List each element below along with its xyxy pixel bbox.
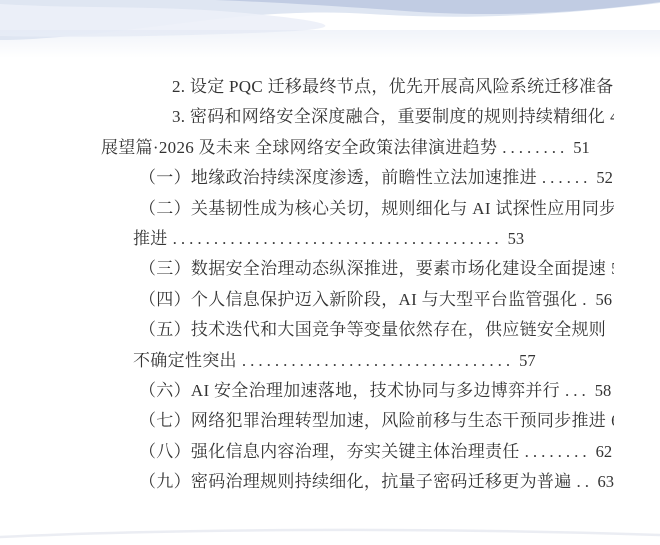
toc-row: （八）强化信息内容治理，夯实关键主体治理责任........62 bbox=[139, 437, 614, 467]
toc-page-number: 56 bbox=[596, 285, 613, 315]
toc-entry-text: 展望篇·2026 及未来 全球网络安全政策法律演进趋势 bbox=[101, 133, 497, 163]
toc-leader-dots: ........ bbox=[502, 133, 568, 163]
toc-leader-dots: ................................. bbox=[242, 346, 514, 376]
toc-row: （一）地缘政治持续深度渗透，前瞻性立法加速推进......52 bbox=[139, 163, 614, 193]
toc-leader-dots: ...... bbox=[542, 163, 592, 193]
toc-row: （三）数据安全治理动态纵深推进，要素市场化建设全面提速54 bbox=[139, 254, 614, 284]
toc-row: （六）AI 安全治理加速落地，技术协同与多边博弈并行...58 bbox=[139, 376, 614, 406]
toc-leader-dots: ... bbox=[565, 376, 590, 406]
toc-entry-text: 3. 密码和网络安全深度融合，重要制度的规则持续精细化 bbox=[172, 102, 605, 132]
toc-page-number: 57 bbox=[519, 346, 536, 376]
toc-entry-text: 推进 bbox=[133, 224, 168, 254]
toc-entry-text: （二）关基韧性成为核心关切，规则细化与 AI 试探性应用同步 bbox=[139, 194, 614, 224]
toc-row: （五）技术迭代和大国竞争等变量依然存在，供应链安全规则 bbox=[139, 315, 614, 345]
toc-entry-text: 2. 设定 PQC 迁移最终节点，优先开展高风险系统迁移准备 bbox=[172, 72, 614, 102]
toc-page-number: 52 bbox=[596, 163, 613, 193]
table-of-contents: 2. 设定 PQC 迁移最终节点，优先开展高风险系统迁移准备483. 密码和网络… bbox=[0, 0, 660, 545]
toc-entry-text: （五）技术迭代和大国竞争等变量依然存在，供应链安全规则 bbox=[139, 315, 606, 345]
toc-row: 推进......................................… bbox=[133, 224, 614, 254]
toc-row: 3. 密码和网络安全深度融合，重要制度的规则持续精细化49 bbox=[172, 102, 614, 132]
toc-entry-text: （四）个人信息保护迈入新阶段，AI 与大型平台监管强化 bbox=[139, 285, 577, 315]
toc-row: （二）关基韧性成为核心关切，规则细化与 AI 试探性应用同步 bbox=[139, 194, 614, 224]
toc-entry-text: （八）强化信息内容治理，夯实关键主体治理责任 bbox=[139, 437, 520, 467]
toc-page-number: 58 bbox=[595, 376, 612, 406]
toc-entry-text: 不确定性突出 bbox=[133, 346, 237, 376]
toc-page-number: 53 bbox=[508, 224, 525, 254]
toc-row: （四）个人信息保护迈入新阶段，AI 与大型平台监管强化.56 bbox=[139, 285, 614, 315]
toc-leader-dots: . bbox=[582, 285, 590, 315]
toc-leader-dots: ........................................ bbox=[173, 224, 503, 254]
toc-row: 不确定性突出.................................5… bbox=[133, 346, 614, 376]
toc-leader-dots: ........ bbox=[525, 437, 591, 467]
toc-entry-text: （六）AI 安全治理加速落地，技术协同与多边博弈并行 bbox=[139, 376, 560, 406]
toc-row: （七）网络犯罪治理转型加速，风险前移与生态干预同步推进60 bbox=[139, 406, 614, 436]
toc-page-number: 60 bbox=[611, 406, 614, 436]
toc-entry-text: （三）数据安全治理动态纵深推进，要素市场化建设全面提速 bbox=[139, 254, 606, 284]
toc-entry-text: （一）地缘政治持续深度渗透，前瞻性立法加速推进 bbox=[139, 163, 537, 193]
toc-row: 2. 设定 PQC 迁移最终节点，优先开展高风险系统迁移准备48 bbox=[172, 72, 614, 102]
toc-leader-dots: .. bbox=[577, 467, 593, 497]
toc-page-number: 51 bbox=[573, 133, 590, 163]
toc-page-number: 54 bbox=[611, 254, 614, 284]
toc-row: （九）密码治理规则持续细化，抗量子密码迁移更为普遍..63 bbox=[139, 467, 614, 497]
document-page: 2. 设定 PQC 迁移最终节点，优先开展高风险系统迁移准备483. 密码和网络… bbox=[0, 0, 660, 545]
toc-page-number: 63 bbox=[598, 467, 615, 497]
toc-page-number: 49 bbox=[610, 102, 614, 132]
toc-entry-text: （九）密码治理规则持续细化，抗量子密码迁移更为普遍 bbox=[139, 467, 572, 497]
toc-row: 展望篇·2026 及未来 全球网络安全政策法律演进趋势........51 bbox=[101, 133, 614, 163]
toc-page-number: 62 bbox=[596, 437, 613, 467]
toc-entry-text: （七）网络犯罪治理转型加速，风险前移与生态干预同步推进 bbox=[139, 406, 606, 436]
